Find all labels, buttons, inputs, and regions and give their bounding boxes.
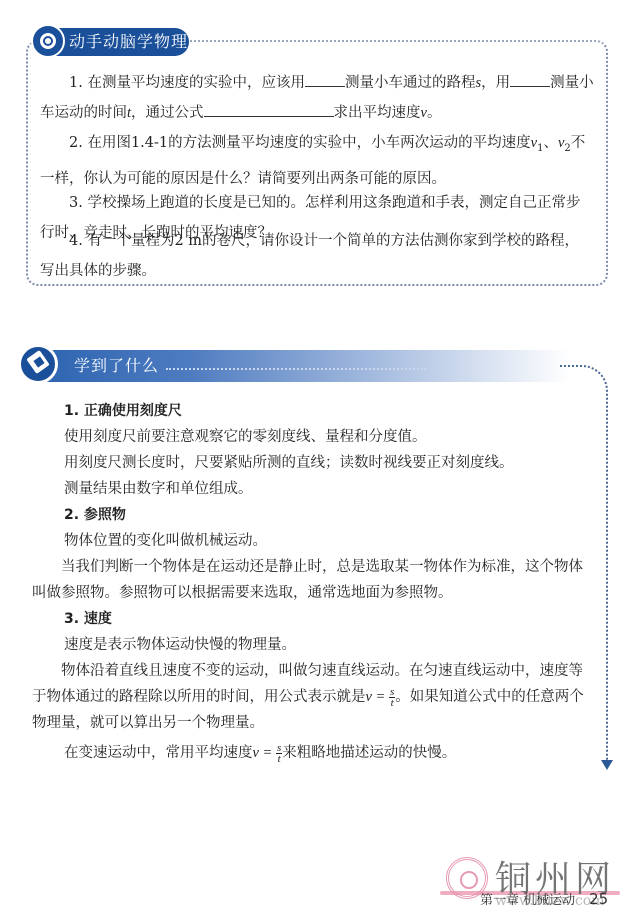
section-header-summary: 学到了什么	[30, 350, 570, 382]
item-heading: 3. 速度	[64, 606, 609, 632]
chapter-title: 第一章 机械运动	[480, 893, 575, 908]
summary-item-ruler: 1. 正确使用刻度尺 使用刻度尺前要注意观察它的零刻度线、量程和分度值。 用刻度…	[64, 398, 609, 502]
question-4: 4. 有一个量程为2 m的卷尺，请你设计一个简单的方法估测你家到学校的路程， 写…	[40, 226, 600, 286]
item-heading: 2. 参照物	[64, 502, 609, 528]
section-badge-exercises: 动手动脑学物理	[33, 28, 189, 56]
dotted-divider	[166, 368, 426, 370]
page-number: 25	[589, 890, 608, 908]
blank-tool-2	[510, 72, 550, 87]
question-2: 2. 在用图1.4-1的方法测量平均速度的实验中，小车两次运动的平均速度v1、v…	[40, 128, 600, 194]
pencil-check-icon	[18, 344, 58, 384]
section-title: 学到了什么	[74, 350, 159, 382]
question-1: 1. 在测量平均速度的实验中，应该用测量小车通过的路程s，用测量小车运动的时间t…	[40, 68, 600, 128]
blank-tool-1	[305, 72, 345, 87]
summary-item-speed: 3. 速度 速度是表示物体运动快慢的物理量。 物体沿着直线且速度不变的运动，叫做…	[64, 606, 609, 766]
summary-item-reference: 2. 参照物 物体位置的变化叫做机械运动。 当我们判断一个物体是在运动还是静止时…	[64, 502, 609, 606]
section-title: 动手动脑学物理	[69, 28, 188, 56]
target-circle-icon	[31, 24, 65, 58]
item-heading: 1. 正确使用刻度尺	[64, 398, 609, 424]
blank-formula	[204, 102, 334, 117]
page-footer: 第一章 机械运动25	[480, 889, 608, 908]
